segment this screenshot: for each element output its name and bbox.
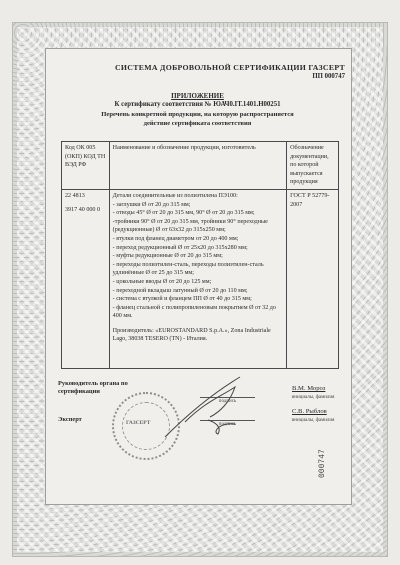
product-item: - муфты редукционные Ø от 20 до 315 мм; [113,252,283,261]
product-item: - переход редукционный Ø от 25х20 до 315… [113,244,283,253]
list-line-1: Перечень конкретной продукции, на котору… [45,111,350,118]
product-item: -тройники 90° Ø от 20 до 315 мм, тройник… [113,218,283,235]
tnved-code: 3917 40 000 0 [65,206,106,215]
product-table: Код ОК 005 (ОКП) КОД ТН ВЭД РФ Наименова… [61,141,339,369]
stamp-text: ГАЗСЕРТ [126,420,150,426]
head-name: В.М. Мороз [292,385,325,392]
head-label-2: сертификации [58,388,100,395]
expert-label: Эксперт [58,416,82,423]
form-number: ПП 000747 [250,73,345,80]
serial-number: 000747 [318,449,327,478]
okp-code: 22 4813 [65,192,106,201]
product-item: - втулки под фланец диаметром от 20 до 4… [113,235,283,244]
list-line-2: действие сертификата соответствия [45,120,350,127]
system-title: СИСТЕМА ДОБРОВОЛЬНОЙ СЕРТИФИКАЦИИ ГАЗСЕР… [60,63,345,72]
head-name-caption: инициалы, фамилия [283,395,343,400]
code-cell: 22 4813 3917 40 000 0 [62,189,110,368]
product-item: - отводы 45° Ø от 20 до 315 мм, 90° Ø от… [113,209,283,218]
product-item: - система с втулкой и фланцем ПП Ø от 40… [113,295,283,304]
product-item: - цокольные вводы Ø от 20 до 125 мм; [113,278,283,287]
product-item: - фланец стальной с полипропиленовым пок… [113,304,283,321]
product-item: - переходной вкладыш латунный Ø от 20 до… [113,287,283,296]
product-item: - заглушки Ø от 20 до 315 мм; [113,201,283,210]
product-item: - переходы полиэтилен-сталь, переходы по… [113,261,283,278]
signature-scribble [160,372,260,442]
expert-name-caption: инициалы, фамилия [283,418,343,423]
expert-name: С.В. Рыблов [292,408,327,415]
certificate-page: СИСТЕМА ДОБРОВОЛЬНОЙ СЕРТИФИКАЦИИ ГАЗСЕР… [0,0,400,565]
certificate-line: К сертификату соответствия № ЮАЧ0.IT.140… [45,101,350,108]
manufacturer: Производитель: «EUROSTANDARD S.p.A.», Zo… [113,327,283,344]
head-label-1: Руководитель органа по [58,380,128,387]
column-header-name: Наименование и обозначение продукции, из… [109,142,286,190]
product-cell: Детали соединительные из полиэтилена ПЭ1… [109,189,286,368]
table-row: 22 4813 3917 40 000 0 Детали соединитель… [62,189,339,368]
product-intro: Детали соединительные из полиэтилена ПЭ1… [113,192,283,201]
appendix-title: ПРИЛОЖЕНИЕ [45,92,350,100]
table-header-row: Код ОК 005 (ОКП) КОД ТН ВЭД РФ Наименова… [62,142,339,190]
column-header-code: Код ОК 005 (ОКП) КОД ТН ВЭД РФ [62,142,110,190]
column-header-doc: Обозначение документации, по которой вып… [287,142,339,190]
standard-cell: ГОСТ Р 52779-2007 [287,189,339,368]
